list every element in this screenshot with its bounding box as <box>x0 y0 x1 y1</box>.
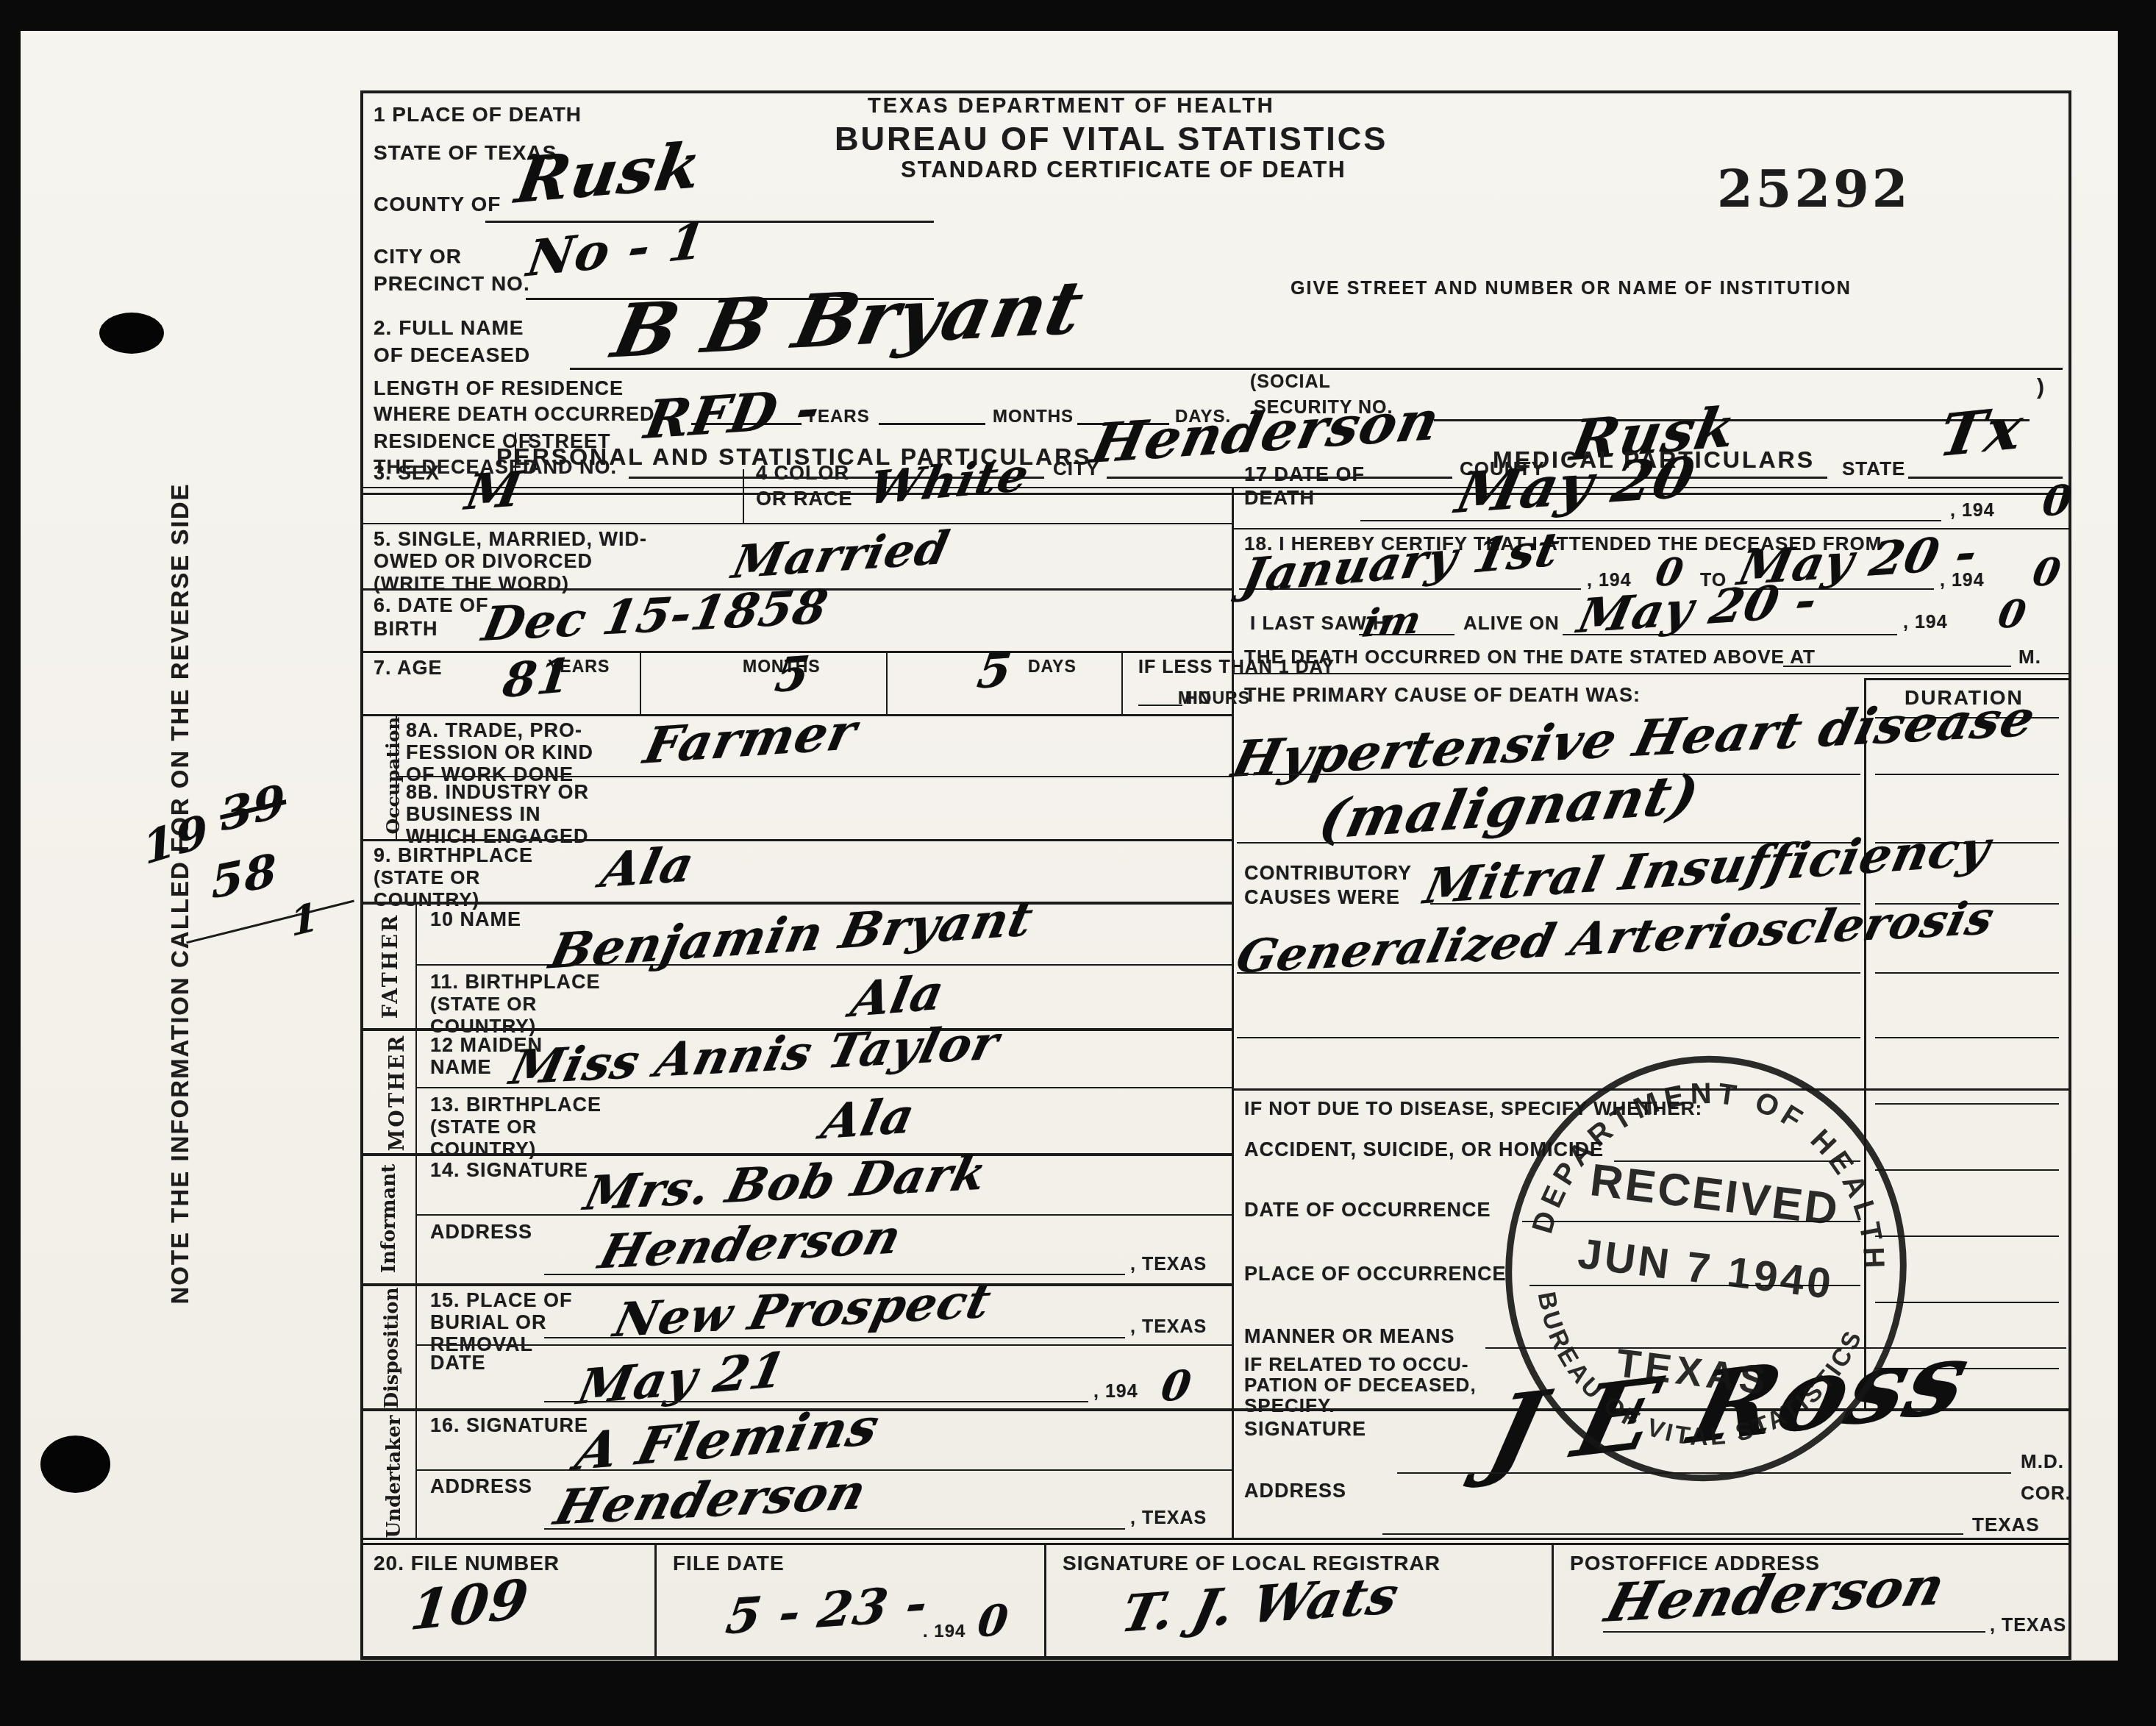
min-label: MIN <box>1178 688 1211 708</box>
header-line3: STANDARD CERTIFICATE OF DEATH <box>901 157 1346 183</box>
res-state-value: Tx <box>1934 393 2029 471</box>
md-label: M.D. <box>2021 1450 2064 1473</box>
dob-label1: 6. DATE OF <box>374 594 489 617</box>
occurred-m: M. <box>2018 646 2041 668</box>
marital-label3: (WRITE THE WORD) <box>374 572 569 595</box>
rule <box>1864 678 2068 680</box>
rule <box>1552 1543 1554 1657</box>
rule <box>360 487 2071 488</box>
related-label1: IF RELATED TO OCCU- <box>1244 1353 1468 1376</box>
dod-194: , 194 <box>1950 500 1995 521</box>
undertaker-side-label: Undertaker <box>383 1415 405 1538</box>
precinct-no-label: PRECINCT NO. <box>374 272 530 296</box>
race-label1: 4 COLOR <box>756 462 849 485</box>
date-occurrence-label: DATE OF OCCURRENCE <box>1244 1199 1491 1222</box>
industry-label1: 8B. INDUSTRY OR <box>406 781 589 804</box>
dod-year-digit: 0 <box>2041 475 2074 526</box>
rule <box>360 523 1232 524</box>
mother-bp-label2: (STATE OR <box>430 1116 537 1138</box>
rule <box>1121 651 1123 714</box>
file-number-value: 109 <box>407 1568 532 1643</box>
birthplace-value: Ala <box>596 835 699 899</box>
rule <box>1360 520 1941 521</box>
father-side-label: FATHER <box>379 913 402 1019</box>
trade-label2: FESSION OR KIND <box>406 741 593 764</box>
file-date-year-digit: 0 <box>975 1595 1011 1647</box>
institution-note: GIVE STREET AND NUMBER OR NAME OF INSTIT… <box>1291 278 1852 299</box>
rule <box>544 1528 1125 1530</box>
rule <box>654 1543 657 1657</box>
rule <box>415 1344 1232 1346</box>
cor-label: COR. <box>2021 1482 2071 1505</box>
rule <box>360 1538 2071 1540</box>
file-date-194: . 194 <box>923 1622 965 1642</box>
scanned-death-certificate: NOTE THE INFORMATION CALLED FOR ON THE R… <box>0 0 2156 1726</box>
lastsaw-label2: ALIVE ON <box>1463 612 1560 635</box>
manner-label: MANNER OR MEANS <box>1244 1325 1455 1348</box>
city-or-label: CITY OR <box>374 245 462 268</box>
industry-label2: BUSINESS IN <box>406 803 541 826</box>
related-label3: SPECIFY. <box>1244 1394 1335 1417</box>
rule <box>485 221 934 223</box>
contributory-label1: CONTRIBUTORY <box>1244 862 1412 885</box>
lastsaw-him-hw: im <box>1359 597 1426 646</box>
stamp-graphic: DEPARTMENT OF HEALTH RECEIVED JUN 7 1940… <box>1459 1016 1952 1522</box>
age-label: 7. AGE <box>374 657 443 680</box>
postoffice-texas: , TEXAS <box>1990 1615 2066 1636</box>
father-bp-label2: (STATE OR <box>430 993 537 1016</box>
informant-sig-label: 14. SIGNATURE <box>430 1159 588 1182</box>
occupation-side-label: Occupation <box>382 717 404 835</box>
mother-name-label2: NAME <box>430 1056 492 1079</box>
dod-label2: DEATH <box>1244 487 1315 510</box>
mother-bp-label1: 13. BIRTHPLACE <box>430 1094 602 1116</box>
social-label1: (SOCIAL <box>1250 371 1331 393</box>
contributory-label2: CAUSES WERE <box>1244 886 1400 909</box>
file-date-label: FILE DATE <box>673 1552 785 1575</box>
informant-side-label: Informant <box>378 1164 400 1274</box>
stamp-received: RECEIVED <box>1588 1155 1843 1235</box>
rule <box>2068 90 2071 1658</box>
rule <box>360 90 363 1658</box>
certificate-number: 25292 <box>1717 158 1911 219</box>
occurred-text: THE DEATH OCCURRED ON THE DATE STATED AB… <box>1244 646 1816 668</box>
margin-pencil-1: 1 <box>288 893 321 946</box>
burial-label1: 15. PLACE OF <box>430 1289 573 1312</box>
age-days-label: DAYS <box>1028 657 1077 677</box>
dod-label1: 17 DATE OF <box>1244 463 1365 486</box>
father-name-label: 10 NAME <box>430 908 521 931</box>
hole-punch <box>99 313 164 354</box>
rule <box>544 1337 1125 1338</box>
age-years-value: 81 <box>500 648 575 709</box>
to-194: , 194 <box>1940 570 1985 591</box>
rule <box>1908 477 2063 479</box>
rule <box>879 423 985 425</box>
mother-side-label: MOTHER <box>386 1033 409 1151</box>
mother-bp-value: Ala <box>816 1087 920 1150</box>
rule <box>360 90 2071 93</box>
rule <box>1603 1631 1985 1633</box>
marital-label1: 5. SINGLE, MARRIED, WID- <box>374 528 647 551</box>
length-residence-label1: LENGTH OF RESIDENCE <box>374 377 624 400</box>
burial-date-194: , 194 <box>1093 1381 1138 1402</box>
physician-sig-label: SIGNATURE <box>1244 1418 1366 1441</box>
informant-addr-label: ADDRESS <box>430 1221 532 1244</box>
mother-bp-label3: COUNTRY) <box>430 1138 536 1160</box>
stamp-date: JUN 7 1940 <box>1576 1230 1837 1308</box>
margin-vertical-note: NOTE THE INFORMATION CALLED FOR ON THE R… <box>166 482 194 1304</box>
rule <box>640 651 641 714</box>
county-of-label: COUNTY OF <box>374 193 501 216</box>
place-occurrence-label: PLACE OF OCCURRENCE <box>1244 1263 1507 1285</box>
trade-label1: 8A. TRADE, PRO- <box>406 719 582 742</box>
lastsaw-194: , 194 <box>1903 612 1948 633</box>
rule <box>1875 774 2059 775</box>
birthplace-label1: 9. BIRTHPLACE <box>374 844 533 867</box>
street-value: RFD - <box>640 377 826 451</box>
dob-label2: BIRTH <box>374 618 438 641</box>
marital-label2: OWED OR DIVORCED <box>374 550 593 573</box>
months-label: MONTHS <box>993 407 1074 427</box>
rule <box>886 651 888 714</box>
birthplace-label2: (STATE OR <box>374 866 480 889</box>
related-label2: PATION OF DECEASED, <box>1244 1374 1477 1397</box>
hole-punch <box>40 1436 110 1493</box>
rule <box>1232 487 1234 1538</box>
rule <box>1138 705 1182 706</box>
rule <box>1237 972 1860 974</box>
burial-texas: , TEXAS <box>1130 1316 1207 1338</box>
rule <box>570 368 2063 370</box>
rule <box>360 493 2071 495</box>
rule <box>360 1543 2071 1545</box>
rule <box>544 1274 1125 1275</box>
father-bp-label1: 11. BIRTHPLACE <box>430 971 601 994</box>
full-name-label2: OF DECEASED <box>374 343 530 367</box>
stamp-texas: TEXAS <box>1614 1341 1773 1403</box>
rule <box>1044 1543 1046 1657</box>
rule <box>415 902 417 1538</box>
physician-addr-label: ADDRESS <box>1244 1480 1346 1502</box>
race-label2: OR RACE <box>756 488 853 510</box>
primary-cause-label: THE PRIMARY CAUSE OF DEATH WAS: <box>1244 684 1641 707</box>
received-stamp: DEPARTMENT OF HEALTH RECEIVED JUN 7 1940… <box>1459 1016 1952 1522</box>
rule <box>743 469 744 523</box>
rule <box>415 964 1232 966</box>
file-number-label: 20. FILE NUMBER <box>374 1552 560 1575</box>
sex-label: 3. SEX <box>374 462 440 485</box>
disposition-side-label: Disposition <box>381 1287 403 1408</box>
undertaker-addr-texas: , TEXAS <box>1130 1508 1207 1529</box>
rule <box>1875 972 2059 974</box>
sex-value: M <box>461 460 526 521</box>
undertaker-sig-label: 16. SIGNATURE <box>430 1414 588 1437</box>
rule <box>1232 673 2071 674</box>
header-line2: BUREAU OF VITAL STATISTICS <box>835 120 1388 158</box>
burial-label2: BURIAL OR <box>430 1311 547 1334</box>
rule <box>1382 1533 1963 1535</box>
medical-texas-label: TEXAS <box>1972 1513 2040 1536</box>
rule <box>360 902 1232 905</box>
informant-addr-texas: , TEXAS <box>1130 1254 1207 1275</box>
full-name-label1: 2. FULL NAME <box>374 316 524 340</box>
length-residence-label2: WHERE DEATH OCCURRED <box>374 403 655 426</box>
res-state-label: STATE <box>1842 457 1905 480</box>
rule <box>1783 666 2011 667</box>
rule <box>1875 1037 2059 1038</box>
rule <box>360 1656 2071 1660</box>
header-line1: TEXAS DEPARTMENT OF HEALTH <box>868 94 1275 118</box>
social-close-paren: ) <box>2037 375 2045 400</box>
undertaker-addr-label: ADDRESS <box>430 1475 532 1498</box>
burial-date-label: DATE <box>430 1352 486 1374</box>
place-of-death-label: 1 PLACE OF DEATH <box>374 103 582 126</box>
